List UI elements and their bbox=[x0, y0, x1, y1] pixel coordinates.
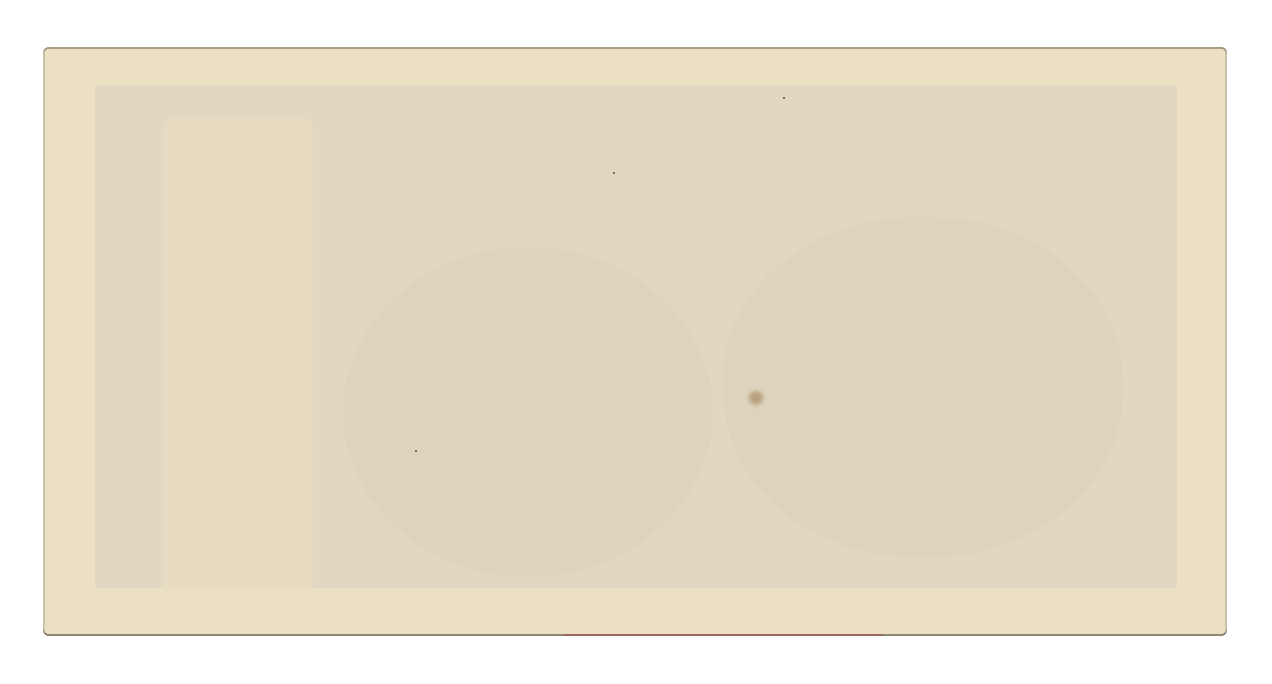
banknote-reverse bbox=[43, 47, 1227, 636]
edge-discoloration bbox=[563, 634, 883, 636]
show-through-left-panel bbox=[163, 117, 313, 597]
paper-speck bbox=[415, 450, 417, 452]
paper-speck bbox=[613, 172, 615, 174]
paper-stain bbox=[749, 391, 763, 405]
show-through-center-vignette bbox=[343, 247, 713, 577]
paper-speck bbox=[783, 97, 785, 99]
show-through-right-vignette bbox=[723, 217, 1123, 557]
